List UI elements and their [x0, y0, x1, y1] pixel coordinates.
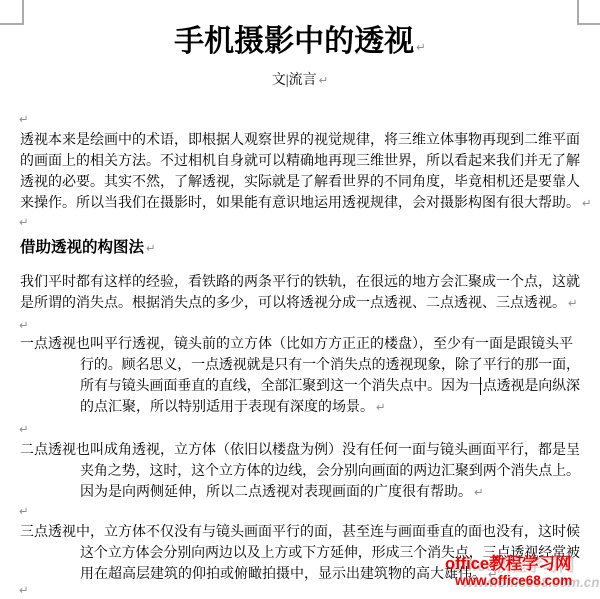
- paragraph-vanishing-point[interactable]: 我们平时都有这样的经验，看铁路的两条平行的铁轨，在很远的地方会汇聚成一个点，这就…: [20, 272, 580, 314]
- paragraph-intro[interactable]: 透视本来是绘画中的术语，即根据人观察世界的视觉规律，将三维立体事物再现到二维平面…: [20, 130, 580, 214]
- paragraph-two-point[interactable]: 二点透视也叫成角透视，立方体（依旧以楼盘为例）没有任何一面与镜头画面平行，都是呈…: [20, 440, 580, 503]
- paragraph-mark-icon: ↵: [19, 422, 29, 436]
- document-title[interactable]: 手机摄影中的透视↵: [20, 25, 580, 64]
- watermark-site-url: www.office68.com: [455, 573, 572, 588]
- text-line-content: 是所谓的消失点。根据消失点的多少，可以将透视分成一点透视、二点透视、三点透视。: [20, 296, 566, 311]
- text-line[interactable]: 的点汇聚，所以特别适用于表现有深度的场景。↵: [80, 397, 580, 418]
- paragraph-mark-icon: ↵: [568, 296, 578, 310]
- text-line-content: 一点透视也叫平行透视，镜头前的立方体（比如方方正正的楼盘），至少有一面是跟镜头平: [20, 337, 573, 352]
- paragraph-mark-icon: ↵: [376, 400, 386, 414]
- margin-corner-topleft-icon: [22, 0, 24, 24]
- empty-paragraph[interactable]: ↵: [17, 111, 29, 127]
- watermark-site-name: office教程学习网: [445, 550, 572, 574]
- text-line[interactable]: 三点透视中，立方体不仅没有与镜头画面平行的面，甚至连与画面垂直的面也没有，这时候: [20, 522, 580, 543]
- text-line[interactable]: 我们平时都有这样的经验，看铁路的两条平行的铁轨，在很远的地方会汇聚成一个点，这就: [20, 272, 580, 293]
- paragraph-mark-icon: ↵: [19, 583, 29, 597]
- paragraph-mark-icon: ↵: [582, 196, 592, 210]
- paragraph-mark-icon: ↵: [474, 485, 484, 499]
- text-line-content: 我们平时都有这样的经验，看铁路的两条平行的铁轨，在很远的地方会汇聚成一个点，这就: [20, 275, 580, 290]
- text-line[interactable]: 透视本来是绘画中的术语，即根据人观察世界的视觉规律，将三维立体事物再现到二维平面: [20, 130, 580, 151]
- text-line-content: 来操作。所以当我们在摄影时，如果能有意识地运用透视规律，会对摄影构图有很大帮助。: [20, 196, 580, 211]
- text-line-content: 行的。顾名思义，一点透视就是只有一个消失点的透视现象，除了平行的那一面，: [80, 358, 580, 373]
- paragraph-mark-icon: ↵: [19, 318, 29, 332]
- paragraph-mark-icon: ↵: [146, 241, 156, 255]
- paragraph-mark-icon: ↵: [319, 73, 329, 87]
- text-line-content: 所有与镜头画面垂直的直线，全部汇聚到这一个消失点中。因为一点透视是向纵深: [80, 379, 580, 394]
- text-line[interactable]: 的画面上的相关方法。不过相机自身就可以精确地再现三维世界，所以看起来我们并无了解: [20, 151, 580, 172]
- paragraph-mark-icon: ↵: [416, 40, 426, 54]
- text-line[interactable]: 夹角之势，这时，这个立方体的边线，会分别向画面的两边汇聚到两个消失点上。: [80, 461, 580, 482]
- text-line-content: 透视本来是绘画中的术语，即根据人观察世界的视觉规律，将三维立体事物再现到二维平面: [20, 133, 580, 148]
- text-line-content: 透视的必要。其实不然，了解透视，实际就是了解看世界的不同角度，毕竟相机还是要靠人: [20, 175, 580, 190]
- text-cursor: [480, 377, 481, 395]
- section-heading[interactable]: 借助透视的构图法↵: [20, 237, 580, 259]
- text-line-content: 二点透视也叫成角透视，立方体（依旧以楼盘为例）没有任何一面与镜头画面平行，都是呈: [20, 443, 580, 458]
- paragraph-one-point[interactable]: 一点透视也叫平行透视，镜头前的立方体（比如方方正正的楼盘），至少有一面是跟镜头平…: [20, 334, 580, 418]
- text-line-content: 的画面上的相关方法。不过相机自身就可以精确地再现三维世界，所以看起来我们并无了解: [20, 154, 580, 169]
- text-line[interactable]: 二点透视也叫成角透视，立方体（依旧以楼盘为例）没有任何一面与镜头画面平行，都是呈: [20, 440, 580, 461]
- byline[interactable]: 文|流言↵: [20, 70, 580, 91]
- text-line-content: 三点透视中，立方体不仅没有与镜头画面平行的面，甚至连与画面垂直的面也没有，这时候: [20, 525, 580, 540]
- empty-paragraph[interactable]: ↵: [17, 421, 29, 437]
- margin-corner-topright-icon: [577, 0, 579, 24]
- paragraph-mark-icon: ↵: [19, 112, 29, 126]
- text-line[interactable]: 一点透视也叫平行透视，镜头前的立方体（比如方方正正的楼盘），至少有一面是跟镜头平: [20, 334, 580, 355]
- text-line[interactable]: 来操作。所以当我们在摄影时，如果能有意识地运用透视规律，会对摄影构图有很大帮助。…: [20, 193, 580, 214]
- document-page[interactable]: 手机摄影中的透视↵ 文|流言↵ ↵ ↵ ↵ ↵ ↵ ↵ 透视本来是绘画中的术语，…: [0, 0, 600, 599]
- text-line[interactable]: 行的。顾名思义，一点透视就是只有一个消失点的透视现象，除了平行的那一面，: [80, 355, 580, 376]
- empty-paragraph[interactable]: ↵: [17, 214, 29, 230]
- text-line[interactable]: 因为是向两侧延伸，所以二点透视对表现画面的广度很有帮助。↵: [80, 482, 580, 503]
- text-line-content: 用在超高层建筑的仰拍或俯瞰拍摄中，显示出建筑物的高大雄伟。: [80, 567, 486, 582]
- text-line[interactable]: 透视的必要。其实不然，了解透视，实际就是了解看世界的不同角度，毕竟相机还是要靠人: [20, 172, 580, 193]
- empty-paragraph[interactable]: ↵: [17, 317, 29, 333]
- text-line[interactable]: 所有与镜头画面垂直的直线，全部汇聚到这一个消失点中。因为一点透视是向纵深: [80, 376, 580, 397]
- section-heading-text: 借助透视的构图法: [20, 239, 144, 256]
- text-line-content: 因为是向两侧延伸，所以二点透视对表现画面的广度很有帮助。: [80, 485, 472, 500]
- document-title-text: 手机摄影中的透视: [174, 25, 414, 58]
- empty-paragraph[interactable]: ↵: [17, 503, 29, 519]
- byline-text: 文|流言: [272, 73, 317, 88]
- paragraph-mark-icon: ↵: [19, 215, 29, 229]
- text-line-content: 的点汇聚，所以特别适用于表现有深度的场景。: [80, 400, 374, 415]
- paragraph-mark-icon: ↵: [19, 504, 29, 518]
- text-line-content: 夹角之势，这时，这个立方体的边线，会分别向画面的两边汇聚到两个消失点上。: [80, 464, 580, 479]
- text-line[interactable]: 是所谓的消失点。根据消失点的多少，可以将透视分成一点透视、二点透视、三点透视。↵: [20, 293, 580, 314]
- margin-corner-topright-icon: [577, 23, 600, 25]
